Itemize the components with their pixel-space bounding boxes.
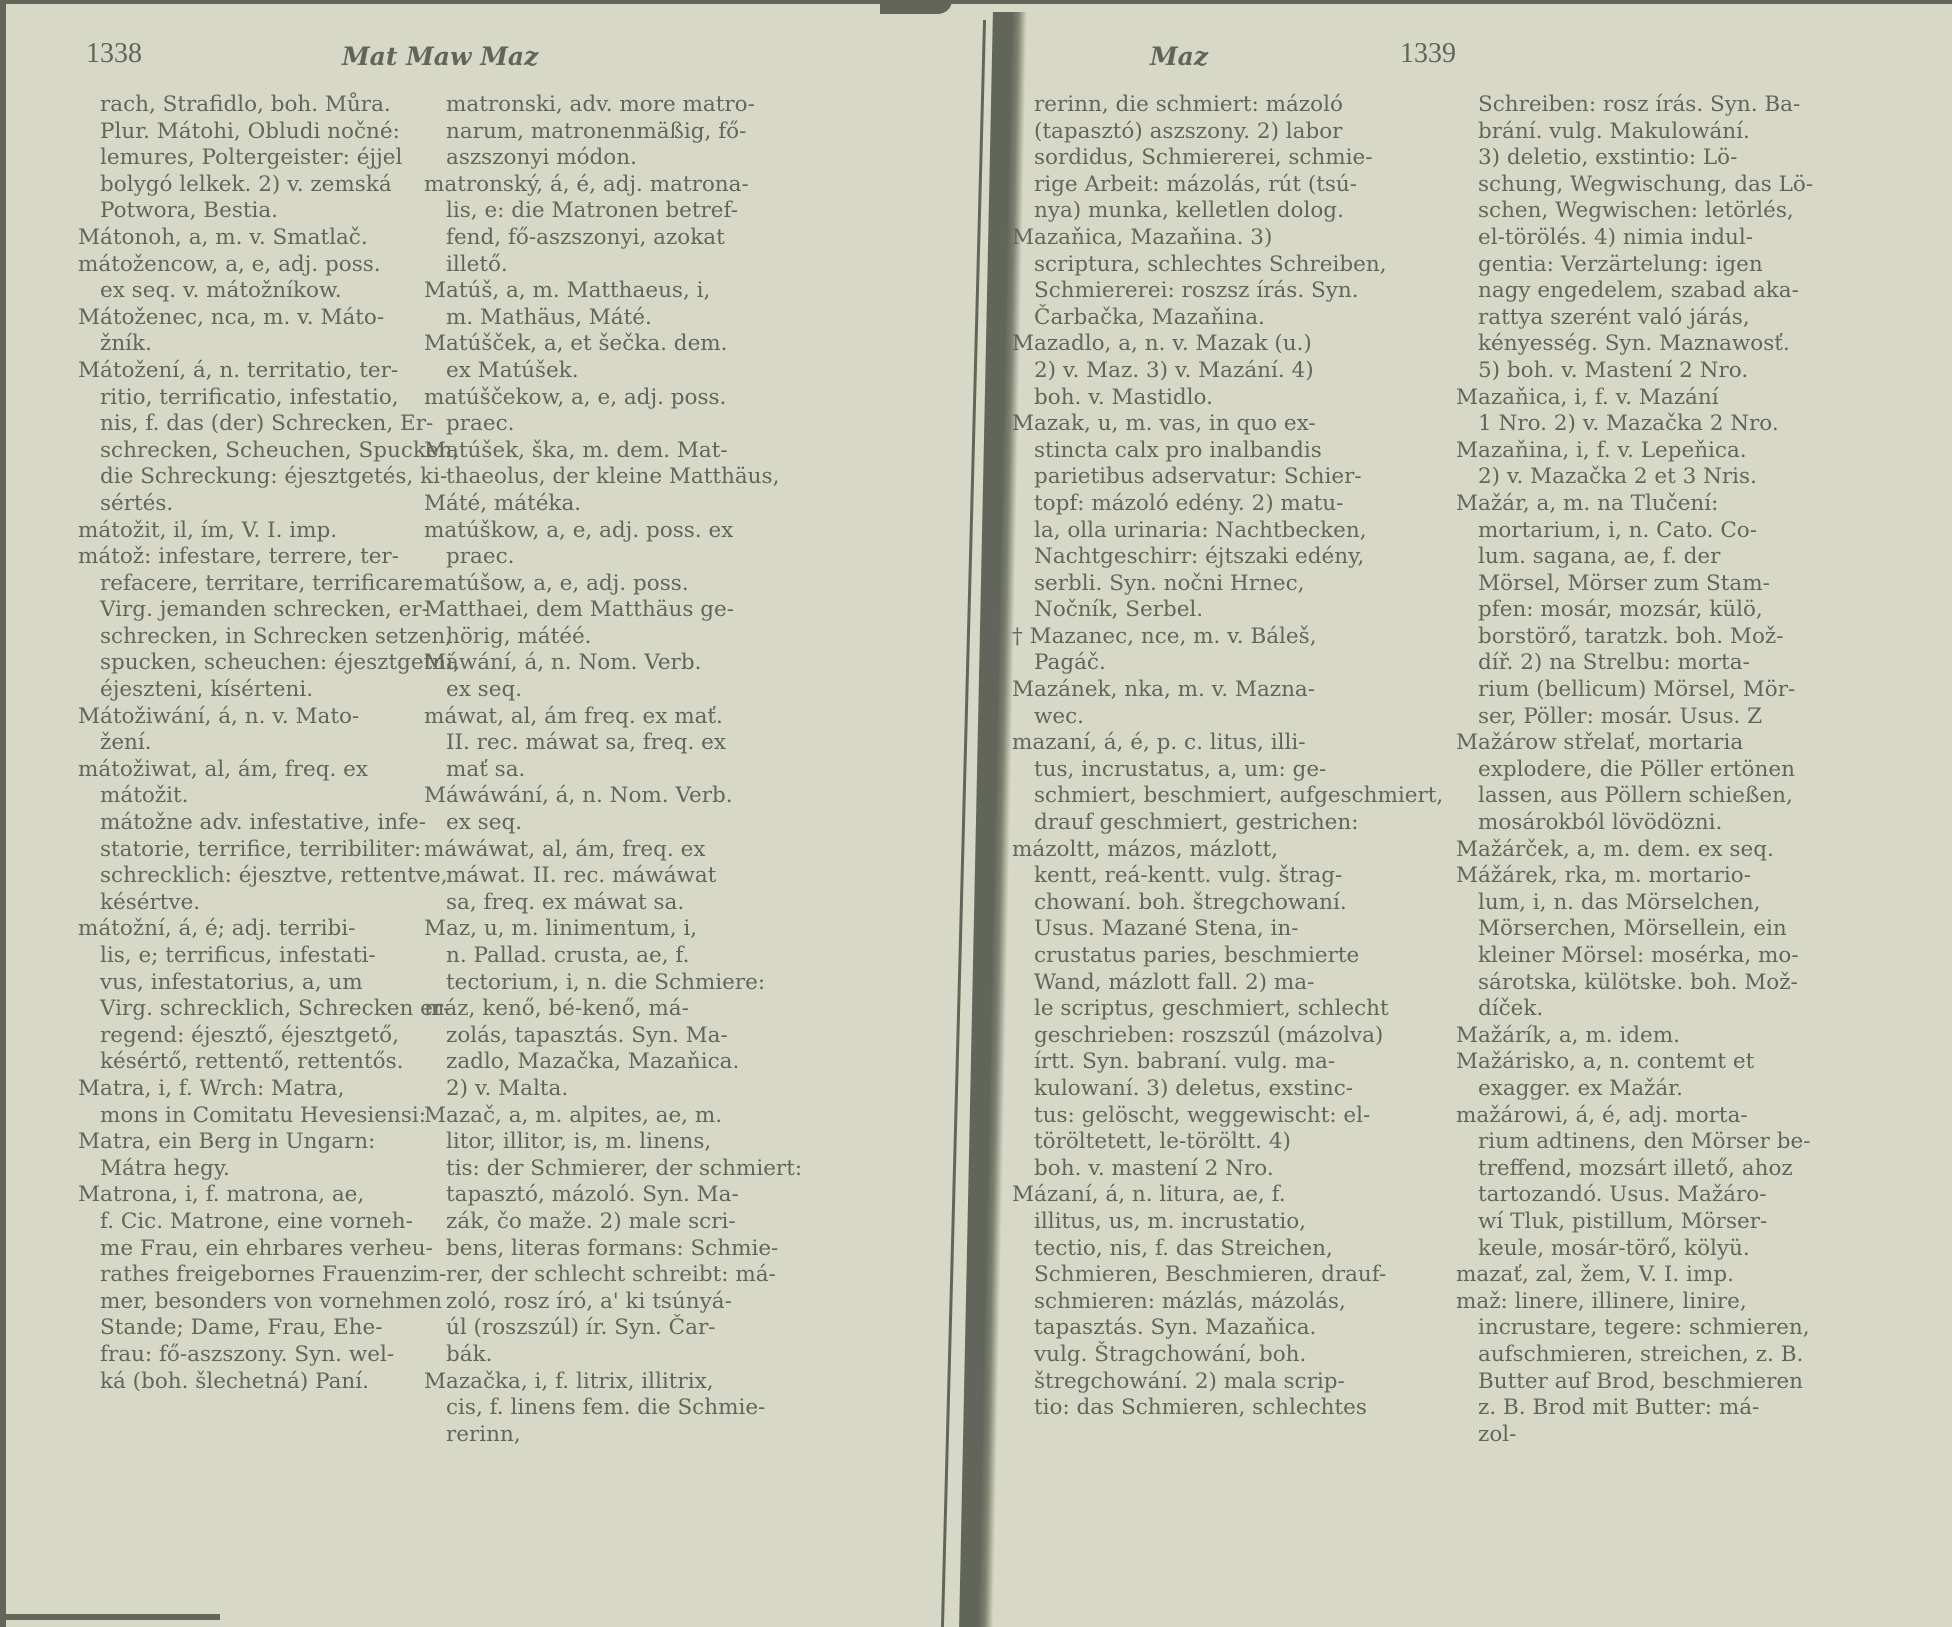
dictionary-line: tapasztó, mázoló. Syn. Ma- <box>424 1182 774 1209</box>
left-page-column-1: rach, Strafidlo, boh. Můra.Plur. Mátohi,… <box>78 92 468 1395</box>
dictionary-line: úl (roszszúl) ír. Syn. Čar- <box>424 1315 774 1342</box>
dictionary-line: Matthaei, dem Matthäus ge- <box>424 597 774 624</box>
dictionary-line: vulg. Štragchowání, boh. <box>1012 1342 1402 1369</box>
dictionary-line: Mátoženec, nca, m. v. Máto- <box>78 305 468 332</box>
dictionary-line: gentia: Verzärtelung: igen <box>1456 252 1851 279</box>
dictionary-line: Mazak, u, m. vas, in quo ex- <box>1012 411 1402 438</box>
dictionary-line: bens, literas formans: Schmie- <box>424 1236 774 1263</box>
dictionary-line: késértő, rettentő, rettentős. <box>78 1049 468 1076</box>
dictionary-line: matúškow, a, e, adj. poss. ex <box>424 518 774 545</box>
dictionary-line: kleiner Mörsel: mosérka, mo- <box>1456 943 1851 970</box>
dictionary-line: la, olla urinaria: Nachtbecken, <box>1012 518 1402 545</box>
dictionary-line: Mazačka, i, f. litrix, illitrix, <box>424 1369 774 1396</box>
dictionary-line: díř. 2) na Strelbu: morta- <box>1456 650 1851 677</box>
dictionary-line: Máwáwání, á, n. Nom. Verb. <box>424 783 774 810</box>
dictionary-line: Matra, ein Berg in Ungarn: <box>78 1129 468 1156</box>
left-page-column-2: matronski, adv. more matro-narum, matron… <box>424 92 774 1448</box>
dictionary-line: Mažárček, a, m. dem. ex seq. <box>1456 837 1851 864</box>
dictionary-line: Máwání, á, n. Nom. Verb. <box>424 650 774 677</box>
dictionary-line: matronský, á, é, adj. matrona- <box>424 172 774 199</box>
dictionary-line: Mazadlo, a, n. v. Mazak (u.) <box>1012 331 1402 358</box>
dictionary-line: tus, incrustatus, a, um: ge- <box>1012 757 1402 784</box>
dictionary-line: mátožne adv. infestative, infe- <box>78 810 468 837</box>
dictionary-line: tus: gelöscht, weggewischt: el- <box>1012 1103 1402 1130</box>
dictionary-line: mazať, zal, žem, V. I. imp. <box>1456 1262 1851 1289</box>
dictionary-line: Virg. jemanden schrecken, er- <box>78 597 468 624</box>
dictionary-line: Pagáč. <box>1012 650 1402 677</box>
dictionary-line: refacere, territare, terrificare <box>78 571 468 598</box>
dictionary-line: Mörsel, Mörser zum Stam- <box>1456 571 1851 598</box>
running-head-right: Maz <box>1150 42 1208 71</box>
dictionary-line: lassen, aus Pöllern schießen, <box>1456 783 1851 810</box>
dictionary-line: Mažárík, a, m. idem. <box>1456 1023 1851 1050</box>
dictionary-line: Mátra hegy. <box>78 1156 468 1183</box>
dictionary-line: rer, der schlecht schreibt: má- <box>424 1262 774 1289</box>
dictionary-line: wec. <box>1012 704 1402 731</box>
dictionary-line: Schmiererei: roszsz írás. Syn. <box>1012 278 1402 305</box>
dictionary-line: praec. <box>424 544 774 571</box>
dictionary-line: el-törölés. 4) nimia indul- <box>1456 225 1851 252</box>
dictionary-line: mázoltt, mázos, mázlott, <box>1012 837 1402 864</box>
dictionary-line: cis, f. linens fem. die Schmie- <box>424 1395 774 1422</box>
dictionary-line: ex seq. v. mátožníkow. <box>78 278 468 305</box>
dictionary-line: zák, čo maže. 2) male scri- <box>424 1209 774 1236</box>
dictionary-line: Mörserchen, Mörsellein, ein <box>1456 916 1851 943</box>
dictionary-line: aufschmieren, streichen, z. B. <box>1456 1342 1851 1369</box>
dictionary-line: mer, besonders von vornehmen <box>78 1289 468 1316</box>
dictionary-line: Mázaní, á, n. litura, ae, f. <box>1012 1182 1402 1209</box>
dictionary-line: ritio, terrificatio, infestatio, <box>78 385 468 412</box>
dictionary-line: exagger. ex Mažár. <box>1456 1076 1851 1103</box>
dictionary-line: Matrona, i, f. matrona, ae, <box>78 1182 468 1209</box>
dictionary-line: ká (boh. šlechetná) Paní. <box>78 1369 468 1396</box>
dictionary-line: Mážárek, rka, m. mortario- <box>1456 863 1851 890</box>
dictionary-line: Matra, i, f. Wrch: Matra, <box>78 1076 468 1103</box>
running-head-left: Mat Maw Maz <box>342 42 538 71</box>
dictionary-line: tectio, nis, f. das Streichen, <box>1012 1236 1402 1263</box>
dictionary-line: matronski, adv. more matro- <box>424 92 774 119</box>
dictionary-line: 3) deletio, exstintio: Lö- <box>1456 145 1851 172</box>
dictionary-line: schrecken, Scheuchen, Spucken, <box>78 438 468 465</box>
dictionary-line: chowaní. boh. štregchowaní. <box>1012 890 1402 917</box>
dictionary-line: máwat. II. rec. máwáwat <box>424 863 774 890</box>
dictionary-line: treffend, mozsárt illető, ahoz <box>1456 1156 1851 1183</box>
dictionary-line: sordidus, Schmiererei, schmie- <box>1012 145 1402 172</box>
dictionary-line: bák. <box>424 1342 774 1369</box>
dictionary-line: sértés. <box>78 491 468 518</box>
dictionary-line: boh. v. mastení 2 Nro. <box>1012 1156 1402 1183</box>
dictionary-line: mať sa. <box>424 757 774 784</box>
dictionary-line: maž: linere, illinere, linire, <box>1456 1289 1851 1316</box>
page-number-right: 1339 <box>1400 38 1456 70</box>
dictionary-line: 2) v. Malta. <box>424 1076 774 1103</box>
dictionary-line: boh. v. Mastidlo. <box>1012 385 1402 412</box>
dictionary-line: késértve. <box>78 890 468 917</box>
dictionary-line: tio: das Schmieren, schlechtes <box>1012 1395 1402 1422</box>
dictionary-line: Mazaňica, Mazaňina. 3) <box>1012 225 1402 252</box>
dictionary-line: mátož: infestare, terrere, ter- <box>78 544 468 571</box>
dictionary-line: tapasztás. Syn. Mazaňica. <box>1012 1315 1402 1342</box>
dictionary-line: máwáwat, al, ám, freq. ex <box>424 837 774 864</box>
dictionary-line: rach, Strafidlo, boh. Můra. <box>78 92 468 119</box>
dictionary-line: 2) v. Mazačka 2 et 3 Nris. <box>1456 464 1851 491</box>
dictionary-line: ex seq. <box>424 677 774 704</box>
dictionary-line: schrecklich: éjesztve, rettentve, <box>78 863 468 890</box>
dictionary-line: fend, fő-aszszonyi, azokat <box>424 225 774 252</box>
dictionary-line: drauf geschmiert, gestrichen: <box>1012 810 1402 837</box>
dictionary-line: frau: fő-aszszony. Syn. wel- <box>78 1342 468 1369</box>
dictionary-line: zol- <box>1456 1422 1851 1449</box>
dictionary-line: díček. <box>1456 996 1851 1023</box>
left-page: 1338 Mat Maw Maz rach, Strafidlo, boh. M… <box>6 0 976 1627</box>
dictionary-line: explodere, die Pöller ertönen <box>1456 757 1851 784</box>
dictionary-line: Mazaňina, i, f. v. Lepeňica. <box>1456 438 1851 465</box>
dictionary-line: schrecken, in Schrecken setzen, <box>78 624 468 651</box>
dictionary-line: statorie, terrifice, terribiliter: <box>78 837 468 864</box>
dictionary-line: Plur. Mátohi, Obludi nočné: <box>78 119 468 146</box>
dictionary-line: Usus. Mazané Stena, in- <box>1012 916 1402 943</box>
dictionary-line: ser, Pöller: mosár. Usus. Z <box>1456 704 1851 731</box>
dictionary-line: scriptura, schlechtes Schreiben, <box>1012 252 1402 279</box>
dictionary-line: m. Mathäus, Máté. <box>424 305 774 332</box>
dictionary-line: 5) boh. v. Mastení 2 Nro. <box>1456 358 1851 385</box>
dictionary-line: mátožit, il, ím, V. I. imp. <box>78 518 468 545</box>
dictionary-line: Mažárisko, a, n. contemt et <box>1456 1049 1851 1076</box>
dictionary-line: éjeszteni, kísérteni. <box>78 677 468 704</box>
dictionary-line: (tapasztó) aszszony. 2) labor <box>1012 119 1402 146</box>
dictionary-line: Stande; Dame, Frau, Ehe- <box>78 1315 468 1342</box>
dictionary-line: žník. <box>78 331 468 358</box>
dictionary-line: hörig, mátéé. <box>424 624 774 651</box>
dictionary-line: máz, kenő, bé-kenő, má- <box>424 996 774 1023</box>
dictionary-line: serbli. Syn. nočni Hrnec, <box>1012 571 1402 598</box>
dictionary-line: † Mazanec, nce, m. v. Báleš, <box>1012 624 1402 651</box>
dictionary-line: keule, mosár-törő, kölyü. <box>1456 1236 1851 1263</box>
dictionary-line: 2) v. Maz. 3) v. Mazání. 4) <box>1012 358 1402 385</box>
dictionary-line: borstörő, taratzk. boh. Mož- <box>1456 624 1851 651</box>
dictionary-line: crustatus paries, beschmierte <box>1012 943 1402 970</box>
dictionary-line: Schreiben: rosz írás. Syn. Ba- <box>1456 92 1851 119</box>
dictionary-line: Maz, u, m. linimentum, i, <box>424 916 774 943</box>
dictionary-line: Matúš, a, m. Matthaeus, i, <box>424 278 774 305</box>
dictionary-line: pfen: mosár, mozsár, külö, <box>1456 597 1851 624</box>
dictionary-line: Potwora, Bestia. <box>78 198 468 225</box>
dictionary-line: rerinn, <box>424 1422 774 1449</box>
dictionary-line: 1 Nro. 2) v. Mazačka 2 Nro. <box>1456 411 1851 438</box>
dictionary-line: illető. <box>424 252 774 279</box>
dictionary-line: narum, matronenmäßig, fő- <box>424 119 774 146</box>
dictionary-line: n. Pallad. crusta, ae, f. <box>424 943 774 970</box>
dictionary-line: ex Matúšek. <box>424 358 774 385</box>
dictionary-line: lis, e; terrificus, infestati- <box>78 943 468 970</box>
dictionary-line: II. rec. máwat sa, freq. ex <box>424 730 774 757</box>
dictionary-line: Mátožiwání, á, n. v. Mato- <box>78 704 468 731</box>
dictionary-line: schung, Wegwischung, das Lö- <box>1456 172 1851 199</box>
dictionary-line: incrustare, tegere: schmieren, <box>1456 1315 1851 1342</box>
dictionary-line: töröltetett, le-töröltt. 4) <box>1012 1129 1402 1156</box>
dictionary-line: Čarbačka, Mazaňina. <box>1012 305 1402 332</box>
dictionary-line: mátožencow, a, e, adj. poss. <box>78 252 468 279</box>
dictionary-line: žení. <box>78 730 468 757</box>
dictionary-line: Máté, mátéka. <box>424 491 774 518</box>
dictionary-line: Mazánek, nka, m. v. Mazna- <box>1012 677 1402 704</box>
right-page-column-2: Schreiben: rosz írás. Syn. Ba-brání. vul… <box>1456 92 1851 1448</box>
dictionary-line: parietibus adservatur: Schier- <box>1012 464 1402 491</box>
dictionary-line: matúščekow, a, e, adj. poss. <box>424 385 774 412</box>
dictionary-line: mátožit. <box>78 783 468 810</box>
dictionary-line: Nočník, Serbel. <box>1012 597 1402 624</box>
dictionary-line: illitus, us, m. incrustatio, <box>1012 1209 1402 1236</box>
dictionary-line: zoló, rosz író, a' ki tsúnyá- <box>424 1289 774 1316</box>
dictionary-line: lum, i, n. das Mörselchen, <box>1456 890 1851 917</box>
dictionary-line: schmieren: mázlás, mázolás, <box>1012 1289 1402 1316</box>
dictionary-line: schen, Wegwischen: letörlés, <box>1456 198 1851 225</box>
dictionary-line: z. B. Brod mit Butter: má- <box>1456 1395 1851 1422</box>
dictionary-line: lis, e: die Matronen betref- <box>424 198 774 225</box>
dictionary-line: litor, illitor, is, m. linens, <box>424 1129 774 1156</box>
dictionary-line: mátožní, á, é; adj. terribi- <box>78 916 468 943</box>
dictionary-line: lum. sagana, ae, f. der <box>1456 544 1851 571</box>
dictionary-line: rium (bellicum) Mörsel, Mör- <box>1456 677 1851 704</box>
dictionary-line: Mažár, a, m. na Tlučení: <box>1456 491 1851 518</box>
dictionary-line: matúšow, a, e, adj. poss. <box>424 571 774 598</box>
dictionary-line: mažárowi, á, é, adj. morta- <box>1456 1103 1851 1130</box>
dictionary-line: Mazaňica, i, f. v. Mazání <box>1456 385 1851 412</box>
page-number-left: 1338 <box>86 38 142 70</box>
dictionary-line: štregchowání. 2) mala scrip- <box>1012 1369 1402 1396</box>
dictionary-line: kentt, reá-kentt. vulg. štrag- <box>1012 863 1402 890</box>
dictionary-line: máwat, al, ám freq. ex mať. <box>424 704 774 731</box>
dictionary-line: nis, f. das (der) Schrecken, Er- <box>78 411 468 438</box>
dictionary-line: sárotska, külötske. boh. Mož- <box>1456 970 1851 997</box>
dictionary-line: tectorium, i, n. die Schmiere: <box>424 970 774 997</box>
dictionary-line: Mátožení, á, n. territatio, ter- <box>78 358 468 385</box>
dictionary-line: geschrieben: roszszúl (mázolva) <box>1012 1023 1402 1050</box>
dictionary-line: tartozandó. Usus. Mažáro- <box>1456 1182 1851 1209</box>
dictionary-line: rige Arbeit: mázolás, rút (tsú- <box>1012 172 1402 199</box>
dictionary-line: írtt. Syn. babraní. vulg. ma- <box>1012 1049 1402 1076</box>
dictionary-line: rerinn, die schmiert: mázoló <box>1012 92 1402 119</box>
dictionary-line: praec. <box>424 411 774 438</box>
dictionary-line: lemures, Poltergeister: éjjel <box>78 145 468 172</box>
dictionary-line: bolygó lelkek. 2) v. zemská <box>78 172 468 199</box>
dictionary-line: Schmieren, Beschmieren, drauf- <box>1012 1262 1402 1289</box>
dictionary-line: zolás, tapasztás. Syn. Ma- <box>424 1023 774 1050</box>
right-page-column-1: rerinn, die schmiert: mázoló(tapasztó) a… <box>1012 92 1402 1422</box>
dictionary-line: wí Tluk, pistillum, Mörser- <box>1456 1209 1851 1236</box>
dictionary-line: nagy engedelem, szabad aka- <box>1456 278 1851 305</box>
dictionary-line: kulowaní. 3) deletus, exstinc- <box>1012 1076 1402 1103</box>
dictionary-line: Butter auf Brod, beschmieren <box>1456 1369 1851 1396</box>
dictionary-line: Mátonoh, a, m. v. Smatlač. <box>78 225 468 252</box>
dictionary-line: le scriptus, geschmiert, schlecht <box>1012 996 1402 1023</box>
dictionary-line: die Schreckung: éjesztgetés, ki- <box>78 464 468 491</box>
dictionary-line: sa, freq. ex máwat sa. <box>424 890 774 917</box>
right-page: Maz 1339 rerinn, die schmiert: mázoló(ta… <box>1000 0 1952 1627</box>
dictionary-line: kényesség. Syn. Maznawosť. <box>1456 331 1851 358</box>
dictionary-line: Virg. schrecklich, Schrecken er- <box>78 996 468 1023</box>
dictionary-line: brání. vulg. Makulowání. <box>1456 119 1851 146</box>
dictionary-line: Mažárow střelať, mortaria <box>1456 730 1851 757</box>
dictionary-line: stincta calx pro inalbandis <box>1012 438 1402 465</box>
dictionary-line: Matúšek, ška, m. dem. Mat- <box>424 438 774 465</box>
dictionary-line: rattya szerént való járás, <box>1456 305 1851 332</box>
dictionary-line: mons in Comitatu Hevesiensi: <box>78 1103 468 1130</box>
dictionary-line: rium adtinens, den Mörser be- <box>1456 1129 1851 1156</box>
dictionary-line: topf: mázoló edény. 2) matu- <box>1012 491 1402 518</box>
dictionary-line: zadlo, Mazačka, Mazaňica. <box>424 1049 774 1076</box>
dictionary-line: me Frau, ein ehrbares verheu- <box>78 1236 468 1263</box>
dictionary-line: ex seq. <box>424 810 774 837</box>
dictionary-line: Mazač, a, m. alpites, ae, m. <box>424 1103 774 1130</box>
dictionary-line: thaeolus, der kleine Matthäus, <box>424 464 774 491</box>
dictionary-line: nya) munka, kelletlen dolog. <box>1012 198 1402 225</box>
dictionary-line: mosárokból lövödözni. <box>1456 810 1851 837</box>
dictionary-line: tis: der Schmierer, der schmiert: <box>424 1156 774 1183</box>
dictionary-line: aszszonyi módon. <box>424 145 774 172</box>
dictionary-line: spucken, scheuchen: éjesztgetni, <box>78 650 468 677</box>
dictionary-line: mortarium, i, n. Cato. Co- <box>1456 518 1851 545</box>
dictionary-line: vus, infestatorius, a, um <box>78 970 468 997</box>
dictionary-line: mazaní, á, é, p. c. litus, illi- <box>1012 730 1402 757</box>
dictionary-line: Nachtgeschirr: éjtszaki edény, <box>1012 544 1402 571</box>
dictionary-line: schmiert, beschmiert, aufgeschmiert, <box>1012 783 1402 810</box>
dictionary-line: Wand, mázlott fall. 2) ma- <box>1012 970 1402 997</box>
dictionary-line: mátožiwat, al, ám, freq. ex <box>78 757 468 784</box>
dictionary-line: rathes freigebornes Frauenzim- <box>78 1262 468 1289</box>
dictionary-line: f. Cic. Matrone, eine vorneh- <box>78 1209 468 1236</box>
dictionary-line: Matúšček, a, et šečka. dem. <box>424 331 774 358</box>
dictionary-line: regend: éjesztő, éjesztgető, <box>78 1023 468 1050</box>
